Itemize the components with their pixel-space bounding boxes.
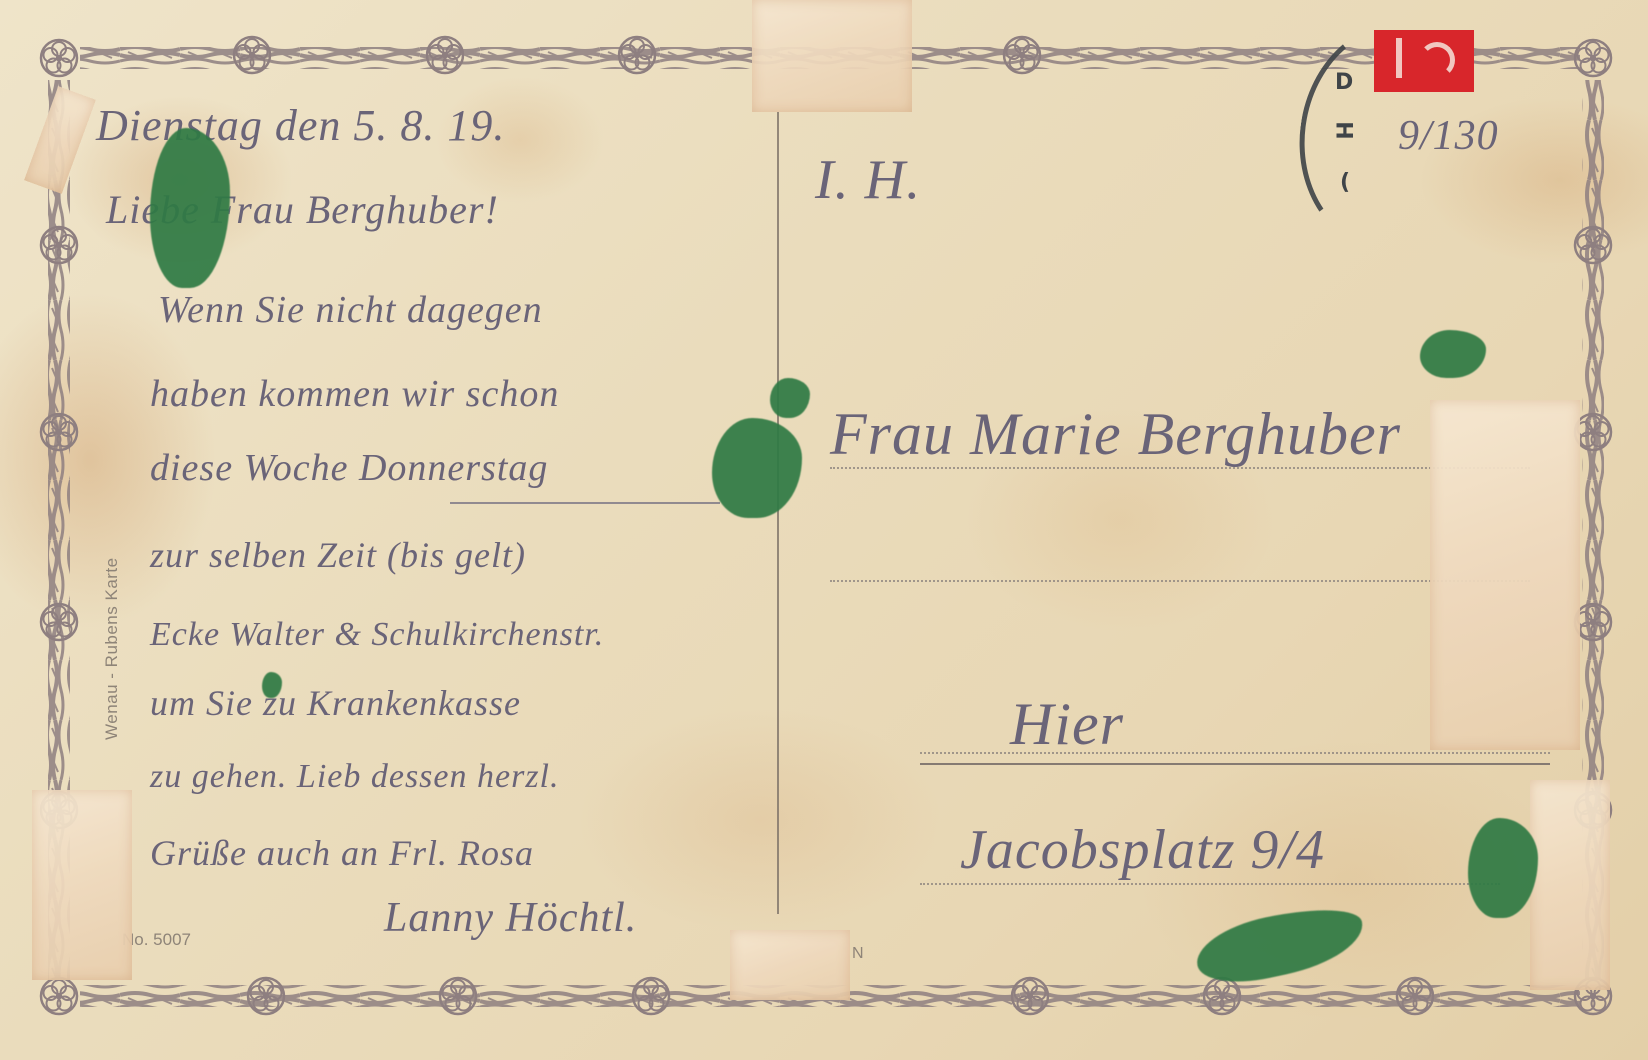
postmark-fragment: D: [1335, 70, 1353, 95]
pencil-note: 9/130: [1398, 112, 1499, 160]
publisher-imprint: Wenau - Rubens Karte: [102, 557, 122, 740]
address-city-rule: [920, 763, 1550, 765]
message-line: diese Woche Donnerstag: [150, 446, 548, 490]
postcard: Wenau - Rubens Karte No. 5007 N Dienstag…: [0, 0, 1648, 1060]
message-line: um Sie zu Krankenkasse: [150, 682, 521, 724]
message-line: haben kommen wir schon: [150, 372, 559, 416]
tape-remnant: [1530, 780, 1610, 990]
address-line-1: [830, 467, 1530, 469]
bottom-imprint-fragment: N: [852, 945, 864, 963]
postmark-fragment: H: [1331, 121, 1356, 139]
message-line: Ecke Walter & Schulkirchenstr.: [150, 616, 604, 654]
message-date: Dienstag den 5. 8. 19.: [96, 100, 505, 151]
address-line-2: [830, 580, 1530, 582]
center-divider: [777, 112, 779, 914]
address-line-3: [920, 752, 1550, 754]
tape-remnant: [730, 930, 850, 1000]
tape-remnant: [752, 0, 912, 112]
catalog-number: No. 5007: [122, 930, 191, 950]
address-line-4: [920, 883, 1500, 885]
address-city: Hier: [1010, 690, 1124, 759]
message-line: Grüße auch an Frl. Rosa: [150, 832, 534, 874]
postage-stamp-remnant: [1374, 30, 1474, 92]
message-underline: [450, 502, 720, 504]
message-line: zur selben Zeit (bis gelt): [150, 534, 526, 576]
postmark-fragment: (: [1340, 170, 1350, 195]
address-salutation: I. H.: [815, 148, 921, 212]
message-line: Wenn Sie nicht dagegen: [158, 288, 543, 332]
address-recipient: Frau Marie Berghuber: [830, 400, 1401, 469]
tape-remnant: [32, 790, 132, 980]
message-signature: Lanny Höchtl.: [384, 894, 637, 942]
message-line: zu gehen. Lieb dessen herzl.: [150, 758, 560, 796]
address-street: Jacobsplatz 9/4: [960, 818, 1325, 882]
tape-remnant: [1430, 400, 1580, 750]
